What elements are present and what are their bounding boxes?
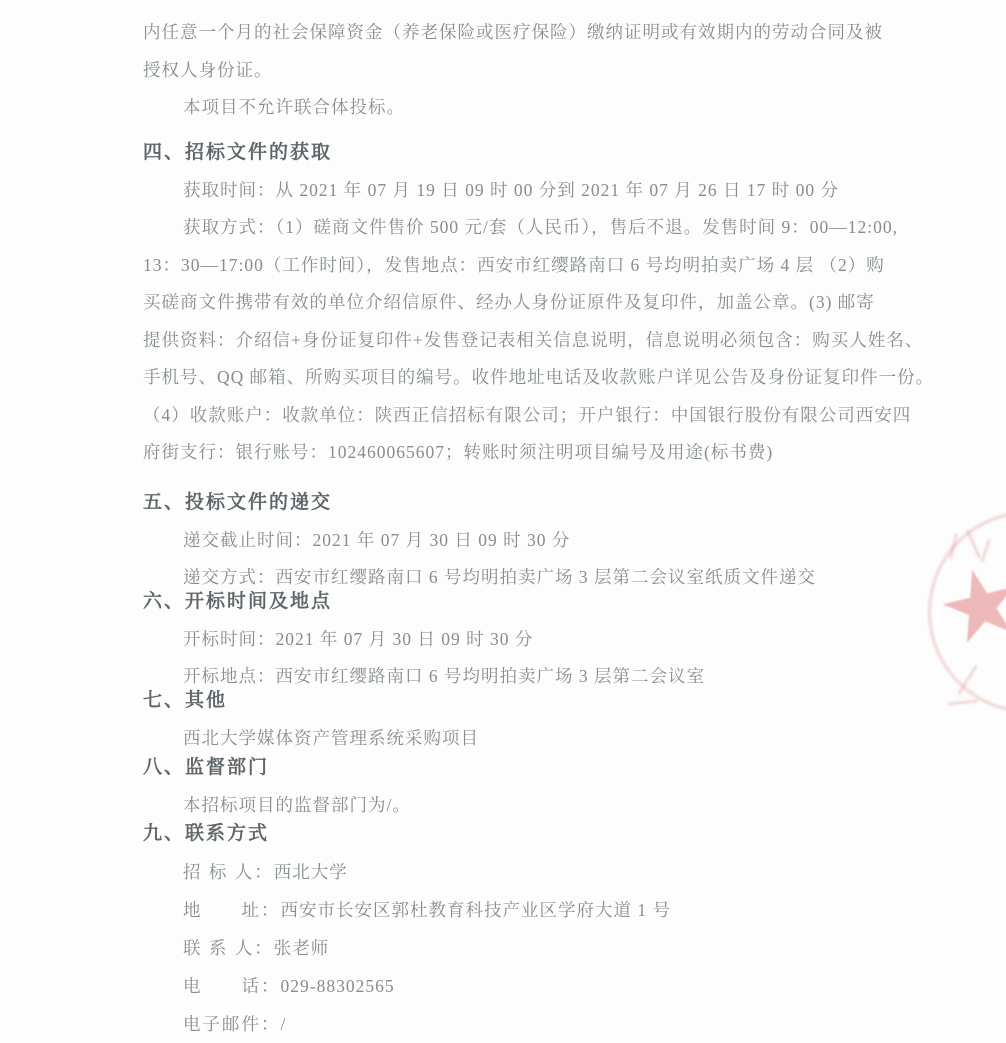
contact-value: 029-88302565 — [281, 976, 395, 996]
contact-row: 电 话：029-88302565 — [143, 967, 858, 1005]
text-line: 获取时间：从 2021 年 07 月 19 日 09 时 00 分到 2021 … — [143, 172, 858, 210]
text-line: 提供资料：介绍信+身份证复印件+发售登记表相关信息说明，信息说明必须包含：购买人… — [143, 322, 858, 360]
seal-mark — [957, 665, 978, 695]
text-line: 13：30—17:00（工作时间），发售地点：西安市红缨路南口 6 号均明拍卖广… — [143, 247, 858, 285]
contact-label: 地 址： — [183, 900, 281, 920]
document-body: 内任意一个月的社会保障资金（养老保险或医疗保险）缴纳证明或有效期内的劳动合同及被… — [143, 14, 858, 1043]
text-line: 内任意一个月的社会保障资金（养老保险或医疗保险）缴纳证明或有效期内的劳动合同及被 — [143, 14, 858, 52]
section-contact: 九、联系方式 招 标 人：西北大学 地 址：西安市长安区郭杜教育科技产业区学府大… — [143, 815, 858, 1043]
contact-value: 张老师 — [274, 938, 330, 958]
section-document-acquisition: 四、招标文件的获取 获取时间：从 2021 年 07 月 19 日 09 时 0… — [143, 134, 858, 472]
text-line: 递交截止时间：2021 年 07 月 30 日 09 时 30 分 — [143, 522, 858, 560]
seal-mark — [949, 533, 958, 559]
contact-row: 地 址：西安市长安区郭杜教育科技产业区学府大道 1 号 — [143, 891, 858, 929]
section-heading: 四、招标文件的获取 — [143, 134, 858, 172]
section-heading: 五、投标文件的递交 — [143, 484, 858, 522]
seal-mark — [948, 699, 978, 705]
section-heading: 八、监督部门 — [143, 749, 858, 787]
text-line: 本项目不允许联合体投标。 — [143, 89, 858, 127]
text-line: 开标时间：2021 年 07 月 30 日 09 时 30 分 — [143, 621, 858, 659]
contact-row: 联 系 人：张老师 — [143, 929, 858, 967]
contact-label: 联 系 人： — [183, 938, 274, 958]
contact-value: 西安市长安区郭杜教育科技产业区学府大道 1 号 — [281, 900, 672, 920]
official-seal-stamp: ★ — [900, 495, 1006, 730]
section-heading: 九、联系方式 — [143, 815, 858, 853]
text-line: 手机号、QQ 邮箱、所购买项目的编号。收件地址电话及收款账户详见公告及身份证复印… — [143, 359, 858, 397]
section-bid-opening: 六、开标时间及地点 开标时间：2021 年 07 月 30 日 09 时 30 … — [143, 583, 858, 696]
contact-row: 电子邮件：/ — [143, 1005, 858, 1043]
text-line: 买磋商文件携带有效的单位介绍信原件、经办人身份证原件及复印件，加盖公章。(3) … — [143, 284, 858, 322]
seal-mark — [966, 530, 981, 559]
contact-label: 招 标 人： — [183, 862, 274, 882]
section-bid-submission: 五、投标文件的递交 递交截止时间：2021 年 07 月 30 日 09 时 3… — [143, 484, 858, 597]
contact-value: / — [281, 1014, 287, 1034]
section-supervision: 八、监督部门 本招标项目的监督部门为/。 — [143, 749, 858, 825]
text-line: 获取方式：（1）磋商文件售价 500 元/套（人民币），售后不退。发售时间 9：… — [143, 209, 858, 247]
text-line: 授权人身份证。 — [143, 52, 858, 90]
scanned-document-page: 内任意一个月的社会保障资金（养老保险或医疗保险）缴纳证明或有效期内的劳动合同及被… — [0, 0, 1006, 1043]
seal-mark — [980, 539, 990, 563]
contact-label: 电子邮件： — [183, 1014, 281, 1034]
contact-row: 招 标 人：西北大学 — [143, 853, 858, 891]
seal-circle — [928, 511, 1006, 713]
text-line: 府街支行：银行账号：102460065607；转账时须注明项目编号及用途(标书费… — [143, 434, 858, 472]
contact-value: 西北大学 — [274, 862, 348, 882]
text-line: （4）收款账户：收款单位：陕西正信招标有限公司；开户银行：中国银行股份有限公司西… — [143, 397, 858, 435]
seal-star-icon: ★ — [928, 548, 1006, 662]
contact-label: 电 话： — [183, 976, 281, 996]
